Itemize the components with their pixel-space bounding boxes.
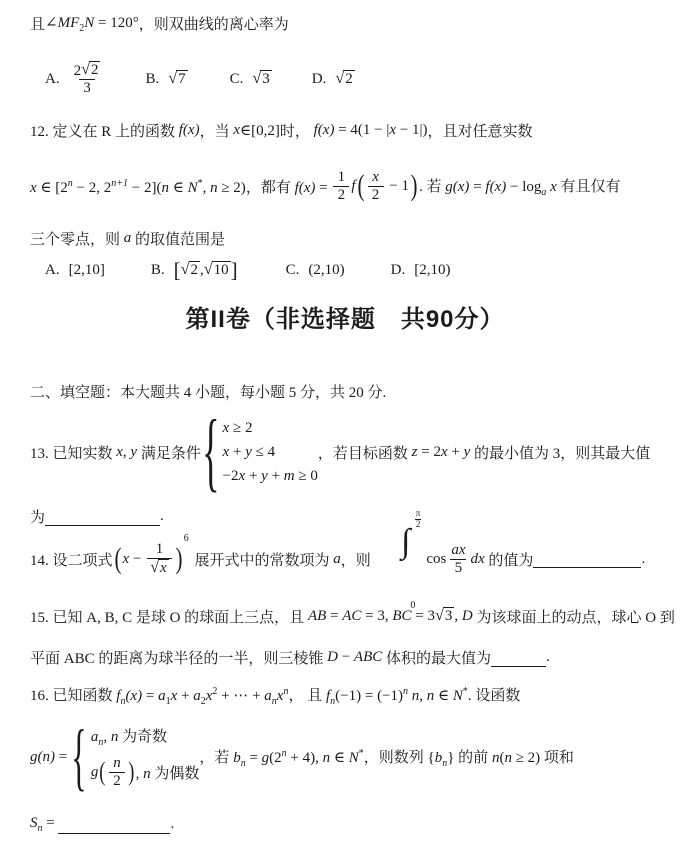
fraction-denominator: 3 xyxy=(79,79,95,97)
inequality-row: x ≥ 2 xyxy=(223,420,253,437)
option-d: D. [2,10) xyxy=(391,262,451,279)
option-label: D. xyxy=(312,71,327,88)
integral-upper-limit: π2 xyxy=(415,504,422,530)
period: . xyxy=(170,816,174,833)
fraction-denominator: 2 xyxy=(368,186,384,204)
stem-text: ， 且 xyxy=(288,688,326,704)
stem-text: 满足条件 xyxy=(137,442,201,463)
math-text: , xyxy=(454,608,462,625)
math-var: a xyxy=(333,551,341,568)
question-13-line-1: 13. 已知实数 x, y 满足条件 { x ≥ 2 x + y ≤ 4 −2x… xyxy=(30,412,650,492)
period: . xyxy=(546,649,550,666)
math-func: f(x) xyxy=(314,122,335,139)
stem-text: 为 xyxy=(30,506,45,527)
option-a: A. 2√2 3 xyxy=(45,61,105,97)
option-b: B. [ √2 , √10 ] xyxy=(151,260,238,281)
math-text: = 3, xyxy=(361,608,392,625)
sequence-formula: ，若 bn = g(2n + 4), n ∈ N*，则数列 {bn} 的前 n(… xyxy=(199,746,574,769)
math-func: f(x) xyxy=(485,179,506,195)
answer-blank[interactable] xyxy=(491,665,546,667)
square-root: √7 xyxy=(168,70,187,88)
math-text: − log xyxy=(506,179,541,195)
stem-text: 平面 ABC 的距离为球半径的一半，则三棱锥 xyxy=(30,647,327,668)
square-root: √10 xyxy=(204,261,231,279)
option-label: C. xyxy=(230,71,244,88)
stem-text: ，都有 xyxy=(246,180,295,196)
fraction-numerator: 1 xyxy=(335,169,349,186)
stem-text: 项和 xyxy=(540,750,574,766)
math-var: n xyxy=(161,180,169,196)
option-label: B. xyxy=(145,71,159,88)
math-var: D xyxy=(462,608,473,625)
math-var: N xyxy=(349,750,359,766)
period: . xyxy=(160,508,164,525)
question-15-line-1: 15. 已知 A, B, C 是球 O 的球面上三点，且 AB = AC = 3… xyxy=(30,606,675,627)
math-text: ∈[0,2] xyxy=(240,121,280,140)
square-root: √2 xyxy=(181,261,200,279)
math-var: x xyxy=(123,551,130,568)
option-label: A. xyxy=(45,262,60,279)
math-text: = 3 xyxy=(412,608,435,625)
fraction: 2√2 3 xyxy=(71,61,104,97)
integral: ∫ π2 0 xyxy=(379,508,411,610)
math-var: N xyxy=(188,180,198,196)
stem-text: ，若 xyxy=(199,750,233,766)
fraction-denominator: 5 xyxy=(450,559,466,577)
math-text: = xyxy=(469,179,485,195)
question-13-line-2: 为 . xyxy=(30,506,164,527)
fraction-numerator: 2√2 xyxy=(71,61,104,79)
math-var: a xyxy=(193,688,201,704)
square-root: √2 xyxy=(81,61,100,79)
fraction-denominator: 2 xyxy=(109,772,125,790)
exponent: 6 xyxy=(184,533,189,544)
radicand: 7 xyxy=(176,70,188,88)
math-text: − 2, 2 xyxy=(73,180,111,196)
piecewise-function: { an, n 为奇数 g(n2), n 为偶数 xyxy=(71,725,199,789)
math-text: = 4(1 − | xyxy=(334,122,389,139)
math-text: − 1 xyxy=(386,178,409,195)
math-var: n xyxy=(323,750,331,766)
math-var: x xyxy=(30,180,37,196)
math-text: ≥ 2 xyxy=(229,420,252,437)
math-text: = xyxy=(142,688,158,704)
piecewise-row: g(n2), n 为偶数 xyxy=(91,755,200,789)
angle-formula: ∠MF2N = 120° xyxy=(45,13,139,34)
math-var: AB xyxy=(308,608,326,625)
part-2-header: 第II卷（非选择题 共90分） xyxy=(0,299,690,334)
math-func: f xyxy=(351,178,355,195)
math-text: = xyxy=(55,749,71,766)
math-var: y xyxy=(261,468,268,485)
math-var: y xyxy=(464,444,471,461)
option-label: C. xyxy=(286,262,300,279)
right-bracket: ] xyxy=(231,260,238,281)
square-root: √3 xyxy=(435,607,454,625)
stem-text: 设函数 xyxy=(475,688,520,704)
stem-text: 为该球面上的动点，球心 O 到 xyxy=(473,606,675,627)
stem-text: 14. 设二项式 xyxy=(30,549,113,570)
math-func: g(x) xyxy=(445,179,469,195)
radicand: 3 xyxy=(260,70,272,88)
stem-text: ，且对任意实数 xyxy=(428,120,533,141)
section-2-intro: 二、填空题：本大题共 4 小题，每小题 5 分，共 20 分. xyxy=(30,381,386,402)
sum-formula: Sn = xyxy=(30,815,58,834)
exam-paper-page: 且 ∠MF2N = 120° ，则双曲线的离心率为 A. 2√2 3 B. √7… xyxy=(0,0,690,849)
superscript: n+1 xyxy=(111,178,128,189)
stem-text: 三个零点，则 xyxy=(30,228,124,249)
math-var: n xyxy=(210,180,218,196)
math-text: − 2]( xyxy=(128,180,161,196)
radicand: 10 xyxy=(212,261,231,279)
math-text: (2 xyxy=(269,750,282,766)
question-16-line-1: 16. 已知函数 fn(x) = a1x + a2x2 + ⋯ + anxn， … xyxy=(30,684,520,707)
stem-text: 且 xyxy=(30,13,45,34)
left-brace-icon: { xyxy=(202,407,219,496)
math-var: y xyxy=(245,444,252,461)
left-paren: ( xyxy=(357,171,364,201)
stem-text: 的值为 xyxy=(485,549,534,570)
math-text: − 1|) xyxy=(396,122,427,139)
math-var: n xyxy=(143,766,151,782)
math-text: −2 xyxy=(223,468,239,485)
math-text: ∈ xyxy=(330,750,349,766)
stem-text: 的取值范围是 xyxy=(131,228,225,249)
math-text: = xyxy=(326,608,342,625)
option-value: (2,10) xyxy=(308,262,344,279)
math-var: N xyxy=(453,688,463,704)
stem-text: 的前 xyxy=(454,750,492,766)
math-text: = xyxy=(315,180,331,196)
question-14: 14. 设二项式 ( x − 1 √x ) 6 展开式中的常数项为 a ，则 ∫… xyxy=(30,531,645,587)
math-var: b xyxy=(233,750,241,766)
interval-formula: x ∈ [2n − 2, 2n+1 − 2](n ∈ N*, n ≥ 2)，都有… xyxy=(30,176,331,197)
stem-text: 的最小值为 3，则其最大值 xyxy=(470,442,650,463)
square-root: √x xyxy=(150,559,169,577)
math-var: x xyxy=(223,420,230,437)
stem-text: 13. 已知实数 xyxy=(30,442,116,463)
question-11-stem: 且 ∠MF2N = 120° ，则双曲线的离心率为 xyxy=(30,13,289,34)
square-root: √2 xyxy=(335,70,354,88)
math-text: ≥ 2) xyxy=(512,750,540,766)
piecewise-row: an, n 为奇数 xyxy=(91,725,167,748)
math-text: , xyxy=(203,180,211,196)
math-text: ≥ 0 xyxy=(295,468,318,485)
math-var: D xyxy=(327,649,338,666)
right-paren: ) xyxy=(175,544,182,574)
option-value: [2,10) xyxy=(414,262,450,279)
math-text: = 120° xyxy=(94,15,138,31)
fraction-numerator: x xyxy=(369,169,382,186)
zero-condition-formula: . 若 g(x) = f(x) − loga x 有且仅有 xyxy=(419,175,621,198)
math-var: x xyxy=(546,179,556,195)
answer-blank[interactable] xyxy=(58,832,170,834)
option-d: D. √2 xyxy=(312,70,355,88)
option-value: [2,10] xyxy=(69,262,105,279)
math-text: ∈ xyxy=(434,688,453,704)
math-text: (x) xyxy=(125,688,142,704)
option-label: D. xyxy=(391,262,406,279)
left-brace-icon: { xyxy=(71,719,86,794)
question-16-line-2: g(n) = { an, n 为奇数 g(n2), n 为偶数 ，若 bn = … xyxy=(30,714,574,800)
pi-symbol: π xyxy=(416,509,421,519)
period: . xyxy=(641,551,645,568)
math-text: + xyxy=(245,468,261,485)
math-func: f(x) xyxy=(295,180,316,196)
math-text: = xyxy=(43,815,59,831)
option-a: A. [2,10] xyxy=(45,262,105,279)
stem-text: ，则 xyxy=(341,549,375,570)
math-var: N xyxy=(84,15,94,31)
math-var: AC xyxy=(342,608,361,625)
left-bracket: [ xyxy=(174,260,181,281)
math-var: ABC xyxy=(354,649,382,666)
answer-blank[interactable] xyxy=(533,566,641,568)
math-text: + 4), xyxy=(287,750,323,766)
question-11-options: A. 2√2 3 B. √7 C. √3 D. √2 xyxy=(45,56,355,102)
math-text: − xyxy=(338,649,354,666)
math-var: x xyxy=(223,444,230,461)
fraction-denominator: √x xyxy=(147,558,172,577)
math-text: , xyxy=(419,688,427,704)
question-12-line-1: 12. 定义在 R 上的函数 f(x) ，当 x ∈[0,2] 时， f(x) … xyxy=(30,120,533,141)
math-text: = xyxy=(246,750,262,766)
left-brace: { xyxy=(428,750,435,766)
math-func: f(x) xyxy=(179,122,200,139)
stem-text: 若 xyxy=(427,179,446,195)
right-paren: ) xyxy=(411,171,418,201)
question-12-line-3: 三个零点，则 a 的取值范围是 xyxy=(30,228,225,249)
math-text: − xyxy=(129,551,145,568)
option-c: C. √3 xyxy=(230,70,272,88)
question-12-line-2: x ∈ [2n − 2, 2n+1 − 2](n ∈ N*, n ≥ 2)，都有… xyxy=(30,160,621,212)
stem-text: 15. 已知 A, B, C 是球 O 的球面上三点，且 xyxy=(30,606,308,627)
condition-text: 为偶数 xyxy=(151,766,200,782)
math-text: + xyxy=(448,444,464,461)
math-var: x xyxy=(389,122,396,139)
math-text: + xyxy=(177,688,193,704)
system-rows: x ≥ 2 x + y ≤ 4 −2x + y + m ≥ 0 xyxy=(223,420,318,485)
square-root: √3 xyxy=(252,70,271,88)
math-var: m xyxy=(284,468,295,485)
fraction: 1 √x xyxy=(147,541,172,577)
inequality-row: x + y ≤ 4 xyxy=(223,444,276,461)
radicand: 2 xyxy=(189,261,201,279)
coefficient: 2 xyxy=(74,63,82,80)
math-var: n xyxy=(504,750,512,766)
radicand: 3 xyxy=(443,607,455,625)
math-var: n xyxy=(408,688,419,704)
right-paren: ) xyxy=(128,759,134,785)
condition-text: 为奇数 xyxy=(118,729,167,745)
left-paren: ( xyxy=(100,759,106,785)
math-func: g(n) xyxy=(30,749,55,766)
math-text: ∈ [2 xyxy=(37,180,68,196)
math-text: ≤ 4 xyxy=(252,444,275,461)
option-b: B. √7 xyxy=(145,70,187,88)
math-text: + ⋯ + xyxy=(217,688,264,704)
math-var: S xyxy=(30,815,38,831)
math-var: x xyxy=(441,444,448,461)
stem-text: 12. 定义在 R 上的函数 xyxy=(30,120,179,141)
math-func: g xyxy=(91,764,99,781)
angle-icon: ∠ xyxy=(45,15,58,31)
math-var: BC xyxy=(392,608,411,625)
math-var: a xyxy=(264,688,272,704)
stem-text: 展开式中的常数项为 xyxy=(191,549,334,570)
differential: dx xyxy=(471,551,485,568)
polynomial-formula: 16. 已知函数 fn(x) = a1x + a2x2 + ⋯ + anxn， … xyxy=(30,684,520,707)
question-12-options: A. [2,10] B. [ √2 , √10 ] C. (2,10) D. [… xyxy=(45,250,451,290)
piecewise-rows: an, n 为奇数 g(n2), n 为偶数 xyxy=(91,725,200,789)
math-text: (−1) = (−1) xyxy=(335,688,403,704)
inequality-row: −2x + y + m ≥ 0 xyxy=(223,468,318,485)
math-text: + xyxy=(229,444,245,461)
stem-text: 体积的最大值为 xyxy=(382,647,491,668)
math-text: = 2 xyxy=(417,444,440,461)
fraction-numerator: ax xyxy=(448,542,468,559)
fraction-numerator: n xyxy=(110,755,124,772)
math-text: , xyxy=(103,729,111,745)
fraction: 12 xyxy=(333,169,349,203)
math-var: a xyxy=(158,688,166,704)
fraction: ax5 xyxy=(448,542,468,576)
fraction-denominator: 2 xyxy=(333,186,349,204)
radicand: x xyxy=(158,559,169,577)
math-var: x, y xyxy=(116,444,137,461)
math-text: ∈ xyxy=(169,180,188,196)
fraction: x2 xyxy=(368,169,384,203)
option-c: C. (2,10) xyxy=(286,262,345,279)
question-16-line-3: Sn = . xyxy=(30,815,174,834)
radicand: 2 xyxy=(89,61,101,79)
denominator: 2 xyxy=(415,519,422,530)
math-var: MF xyxy=(58,15,80,31)
radicand: 2 xyxy=(343,70,355,88)
integral-icon: ∫ xyxy=(401,523,410,560)
answer-blank[interactable] xyxy=(45,524,160,526)
stem-text: ，当 xyxy=(200,120,234,141)
math-var: x xyxy=(239,468,246,485)
option-label: B. xyxy=(151,262,165,279)
option-label: A. xyxy=(45,71,60,88)
math-var: a xyxy=(124,230,132,247)
stem-text: 有且仅有 xyxy=(557,179,621,195)
stem-text: 时， xyxy=(280,120,314,141)
math-text: . xyxy=(419,179,427,195)
cos-function: cos xyxy=(426,551,446,568)
inequality-system: { x ≥ 2 x + y ≤ 4 −2x + y + m ≥ 0 xyxy=(201,419,318,485)
stem-text: ，则双曲线的离心率为 xyxy=(139,13,289,34)
fraction: n2 xyxy=(109,755,125,789)
question-15-line-2: 平面 ABC 的距离为球半径的一半，则三棱锥 D − ABC 体积的最大值为 . xyxy=(30,647,550,668)
math-text: + xyxy=(268,468,284,485)
left-paren: ( xyxy=(114,544,121,574)
fraction-numerator: 1 xyxy=(153,541,167,558)
stem-text: 16. 已知函数 xyxy=(30,688,116,704)
stem-text: ，若目标函数 xyxy=(318,442,412,463)
math-var: x xyxy=(233,122,240,139)
math-text: ≥ 2) xyxy=(218,180,246,196)
stem-text: ，则数列 xyxy=(364,750,428,766)
